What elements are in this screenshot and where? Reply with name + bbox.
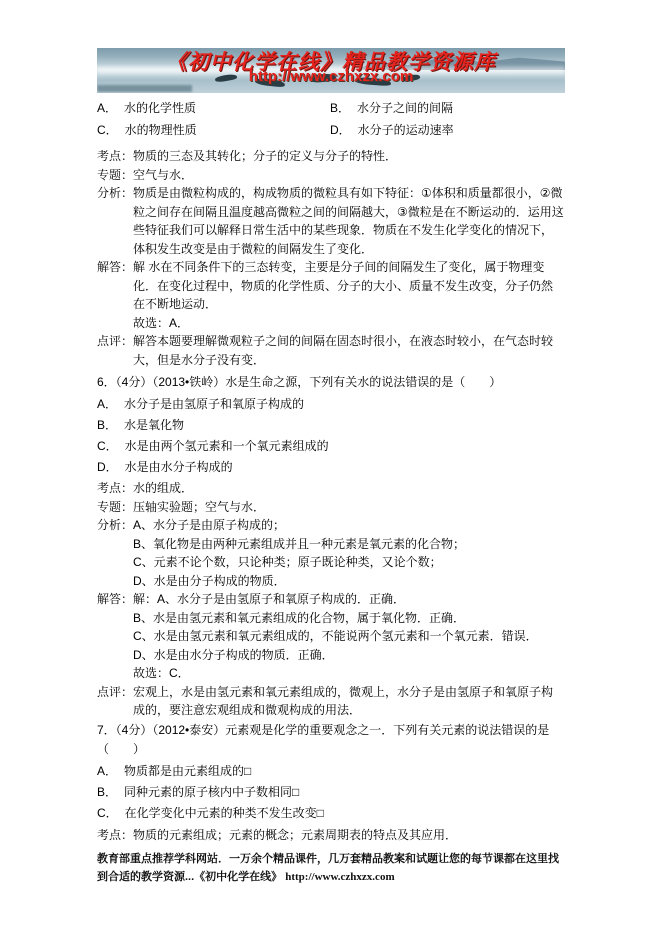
option-text: 同种元素的原子核内中子数相同□ [124,782,299,803]
option-key: D． [330,119,351,141]
option-row-b: B． 水分子之间的间隔 [330,97,565,119]
exam-point-row: 考点： 水的组成． [97,479,565,498]
exam-point-label: 考点： [97,479,133,498]
exam-point-text: 水的组成． [133,479,565,498]
option-key: C． [97,803,118,823]
option-key: A． [97,761,117,782]
comment-row: 点评： 解答本题要理解微观粒子之间的间隔在固态时很小，在液态时较小，在气态时较大… [97,332,565,369]
option-text: 水的化学性质 [124,97,196,119]
comment-row: 点评： 宏观上，水是由氢元素和氧元素组成的，微观上，水分子是由氢原子和氧原子构成… [97,683,565,720]
analysis-line: A、水分子是由原子构成的； [133,516,565,535]
option-text: 水是由两个氢元素和一个氧元素组成的 [125,436,329,457]
analysis-line: C、元素不论个数，只论种类；原子既论种类，又论个数； [133,553,565,572]
answer-choice-line: 故选：A． [133,314,565,333]
answer-label: 解答： [97,590,133,683]
option-key: C． [97,119,118,141]
analysis-label: 分析： [97,184,133,258]
banner-dark-water-streak [97,85,192,92]
q5-answer-section: 考点： 物质的三态及其转化；分子的定义与分子的特性． 专题： 空气与水． 分析：… [97,147,565,371]
option-text: 水是由水分子构成的 [125,457,233,477]
option-text: 水分子是由氢原子和氧原子构成的 [124,394,304,415]
question-7: 7．（4分）（2012•泰安）元素观是化学的重要观念之一．下列有关元素的说法错误… [97,721,565,823]
option-row-a: A． 水的化学性质 [97,97,330,119]
comment-label: 点评： [97,683,133,720]
option-row-c: C． 在化学变化中元素的种类不发生改变□ [97,803,565,823]
question-title: 6．（4分）（2013•铁岭）水是生命之源，下列有关水的说法错误的是（ ） [97,373,565,392]
option-key: D． [97,457,118,477]
option-key: B． [330,97,350,119]
answer-line: 解 水在不同条件下的三态转变，主要是分子间的间隔发生了变化，属于物理变化．在变化… [133,258,565,314]
question-6: 6．（4分）（2013•铁岭）水是生命之源，下列有关水的说法错误的是（ ） A．… [97,373,565,477]
topic-label: 专题： [97,498,133,517]
topic-label: 专题： [97,166,133,185]
comment-text: 宏观上，水是由氢元素和氧元素组成的，微观上，水分子是由氢原子和氧原子构成的，要注… [133,683,565,720]
topic-text: 空气与水． [133,166,565,185]
option-row-b: B． 水是氧化物 [97,415,565,436]
topic-row: 专题： 空气与水． [97,166,565,185]
option-row-a: A． 水分子是由氢原子和氧原子构成的 [97,394,565,415]
question-title: 7．（4分）（2012•泰安）元素观是化学的重要观念之一．下列有关元素的说法错误… [97,721,565,759]
answer-line: B、水是由氢元素和氧元素组成的化合物，属于氧化物．正确． [133,609,565,628]
exam-point-label: 考点： [97,826,133,845]
analysis-line: D、水是由分子构成的物质． [133,572,565,591]
banner-url: http://www.czhxzx.com [97,69,565,85]
q5-options-grid: A． 水的化学性质 B． 水分子之间的间隔 C． 水的物理性质 D． 水分子的运… [97,97,565,141]
option-text: 水是氧化物 [124,415,184,436]
option-row-a: A． 物质都是由元素组成的□ [97,761,565,782]
analysis-line: B、氧化物是由两种元素组成并且一种元素是氧元素的化合物； [133,535,565,554]
option-text: 水的物理性质 [125,119,197,141]
site-banner: 《初中化学在线》精品教学资源库 http://www.czhxzx.com [97,48,565,93]
answer-text: 解 水在不同条件下的三态转变，主要是分子间的间隔发生了变化，属于物理变化．在变化… [133,258,565,332]
option-row-c: C． 水的物理性质 [97,119,330,141]
document-page: 《初中化学在线》精品教学资源库 http://www.czhxzx.com A．… [0,0,661,935]
option-row-d: D． 水是由水分子构成的 [97,457,565,477]
analysis-row: 分析： 物质是由微粒构成的，构成物质的微粒具有如下特征：①体积和质量都很小，②微… [97,184,565,258]
topic-row: 专题： 压轴实验题；空气与水． [97,498,565,517]
answer-label: 解答： [97,258,133,332]
footer-promo: 教育部重点推荐学科网站．一万余个精品课件，几万套精品教案和试题让您的每节课都在这… [97,851,569,886]
exam-point-text: 物质的三态及其转化；分子的定义与分子的特性． [133,147,565,166]
answer-line: D、水是由水分子构成的物质．正确． [133,646,565,665]
option-row-d: D． 水分子的运动速率 [330,119,565,141]
exam-point-row: 考点： 物质的三态及其转化；分子的定义与分子的特性． [97,147,565,166]
option-key: C． [97,436,118,457]
option-text: 物质都是由元素组成的□ [124,761,251,782]
option-row-c: C． 水是由两个氢元素和一个氧元素组成的 [97,436,565,457]
answer-row: 解答： 解：A、水分子是由氢原子和氧原子构成的．正确． B、水是由氢元素和氧元素… [97,590,565,683]
answer-choice-line: 故选：C． [133,664,565,683]
comment-label: 点评： [97,332,133,369]
option-key: A． [97,97,117,119]
answer-text: 解：A、水分子是由氢原子和氧原子构成的．正确． B、水是由氢元素和氧元素组成的化… [133,590,565,683]
topic-text: 压轴实验题；空气与水． [133,498,565,517]
answer-line: C、水是由氢元素和氧元素组成的，不能说两个氢元素和一个氧元素．错误． [133,627,565,646]
answer-row: 解答： 解 水在不同条件下的三态转变，主要是分子间的间隔发生了变化，属于物理变化… [97,258,565,332]
option-text: 水分子之间的间隔 [357,97,453,119]
q6-answer-section: 考点： 水的组成． 专题： 压轴实验题；空气与水． 分析： A、水分子是由原子构… [97,479,565,719]
comment-text: 解答本题要理解微观粒子之间的间隔在固态时很小，在液态时较小，在气态时较大，但是水… [133,332,565,369]
q6-options-list: A． 水分子是由氢原子和氧原子构成的 B． 水是氧化物 C． 水是由两个氢元素和… [97,394,565,477]
option-text: 水分子的运动速率 [358,119,454,141]
analysis-row: 分析： A、水分子是由原子构成的； B、氧化物是由两种元素组成并且一种元素是氧元… [97,516,565,590]
footer-url: http://www.czhxzx.com [285,871,394,883]
option-text: 在化学变化中元素的种类不发生改变□ [125,803,324,823]
exam-point-text: 物质的元素组成；元素的概念；元素周期表的特点及其应用． [133,826,565,845]
q7-exam-point-section: 考点： 物质的元素组成；元素的概念；元素周期表的特点及其应用． [97,826,565,848]
analysis-text: 物质是由微粒构成的，构成物质的微粒具有如下特征：①体积和质量都很小，②微粒之间存… [133,184,565,258]
exam-point-label: 考点： [97,147,133,166]
option-key: A． [97,394,117,415]
analysis-label: 分析： [97,516,133,590]
q7-options-list: A． 物质都是由元素组成的□ B． 同种元素的原子核内中子数相同□ C． 在化学… [97,761,565,823]
exam-point-row: 考点： 物质的元素组成；元素的概念；元素周期表的特点及其应用． [97,826,565,845]
option-row-b: B． 同种元素的原子核内中子数相同□ [97,782,565,803]
option-key: B． [97,415,117,436]
analysis-text: A、水分子是由原子构成的； B、氧化物是由两种元素组成并且一种元素是氧元素的化合… [133,516,565,590]
answer-line: 解：A、水分子是由氢原子和氧原子构成的．正确． [133,590,565,609]
option-key: B． [97,782,117,803]
